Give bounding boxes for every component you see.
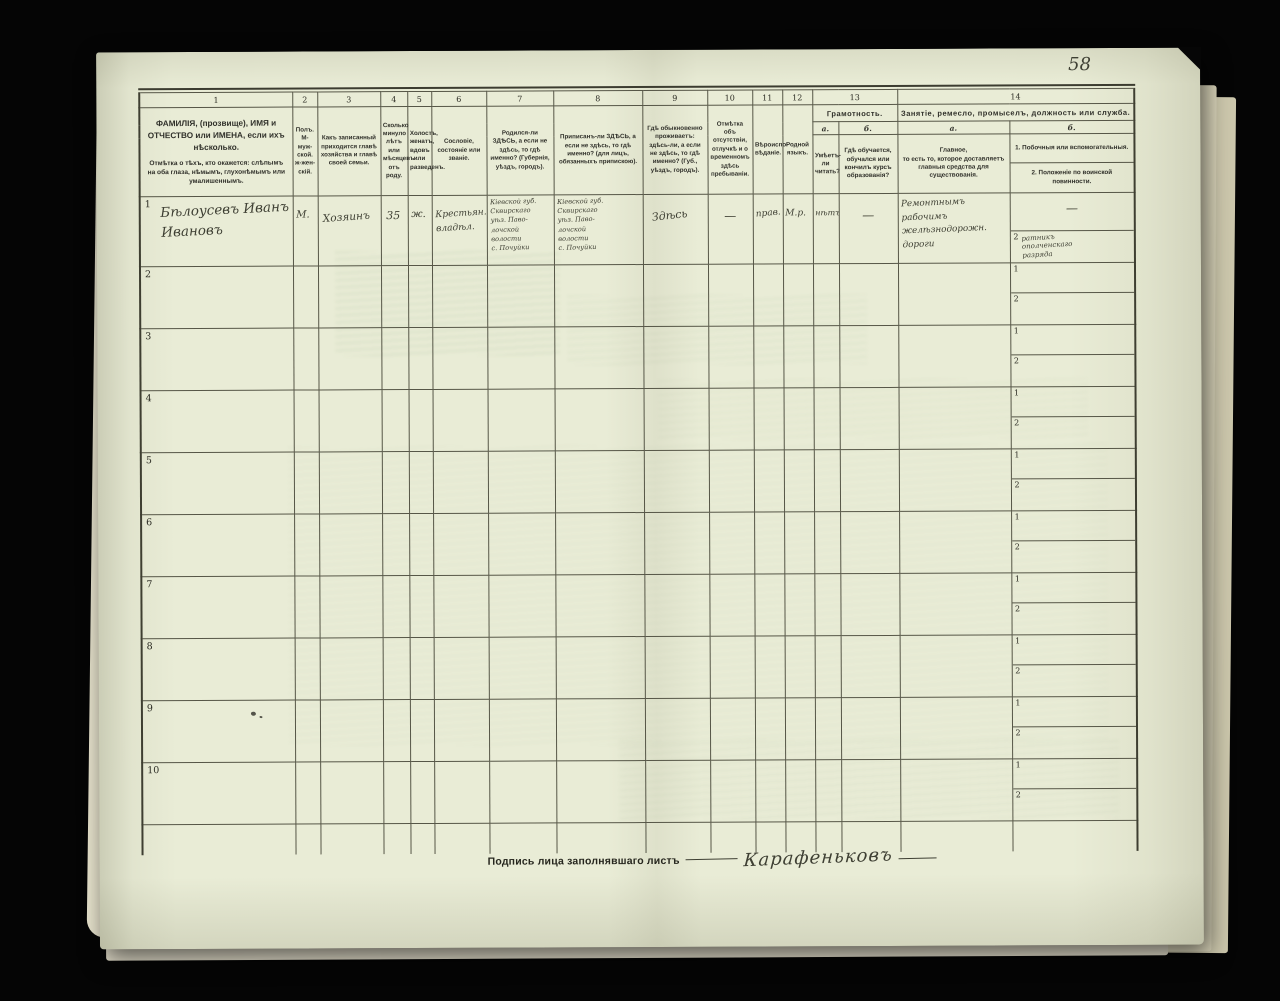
corner-fold [1177, 47, 1201, 71]
cell-language [783, 264, 813, 326]
cell-age [382, 390, 409, 452]
subcell: 1 [1012, 511, 1136, 542]
cell-name: 2 [140, 266, 293, 329]
cell-occupation-main: Ремонтнымъ рабочимъ желѣзнодорожн. дорог… [898, 193, 1010, 263]
subcell: 2 [1012, 665, 1136, 697]
cell-relation [319, 390, 382, 452]
cell-marital [409, 513, 433, 575]
cell-residence [643, 264, 708, 326]
cell-name: 10 [142, 762, 295, 825]
cell-religion [755, 698, 785, 760]
column-number: 13 [812, 89, 897, 104]
table-row: 212 [140, 262, 1135, 328]
cell-name: 1Бѣлоусевъ Иванъ Ивановъ [140, 196, 293, 267]
cell-relation [319, 452, 382, 514]
cell-estate [434, 699, 489, 761]
cell-sex [295, 700, 320, 762]
header-col-registration: Приписанъ-ли ЗДѢСЬ, а если не здѣсь, то … [553, 106, 642, 195]
subcell: 1 [1012, 697, 1136, 728]
tail-cell [1012, 820, 1137, 851]
header-group-literacy: Грамотность. [812, 104, 897, 121]
header-col-estate: Сословіе, состояніе или званіе. [431, 106, 486, 195]
header-col-sex: Полъ. М-муж- ской. ж-жен- скій. [292, 107, 317, 196]
cell-name: 3 [140, 328, 293, 391]
handwritten-entry: М.р. [785, 208, 806, 218]
subcell: — [1010, 201, 1134, 232]
row-number: 5 [146, 455, 152, 466]
subcell: 2 [1011, 293, 1135, 325]
column-number: 9 [642, 90, 707, 105]
cell-registration [554, 265, 643, 327]
tail-cell [410, 823, 434, 853]
header-surname-main: ФАМИЛІЯ, (прозвище), ИМЯ и ОТЧЕСТВО или … [146, 117, 286, 154]
cell-occupation-main [899, 511, 1011, 573]
cell-religion [754, 450, 784, 512]
cell-literacy-where [841, 635, 900, 697]
table-row: 512 [141, 448, 1136, 514]
cell-sex: М. [293, 196, 318, 266]
handwritten-entry: 35 [386, 209, 400, 222]
cell-occupation-secondary: 12 [1011, 448, 1136, 511]
subcell: 1 [1012, 573, 1136, 604]
cell-birthplace [488, 513, 555, 575]
cell-birthplace [489, 699, 556, 761]
cell-relation [320, 638, 383, 700]
handwritten-entry: ж. [411, 209, 426, 220]
handwritten-entry: Кіевской губ. Сквирскаго уѣз. Паво- лочс… [489, 197, 537, 254]
subcell-number: 1 [1015, 512, 1020, 521]
row-number: 6 [146, 517, 152, 528]
page-number: 58 [1068, 54, 1091, 75]
cell-literacy-reads [813, 326, 839, 388]
cell-name: 6 [141, 514, 294, 577]
cell-absence [710, 698, 755, 760]
table-row: 412 [141, 386, 1136, 452]
cell-sex [295, 762, 320, 824]
signature-handwritten: Карафеньковъ [743, 844, 894, 871]
header-occupation-side: 1. Побочныя или вспомогательныя. [1010, 134, 1134, 164]
cell-absence [709, 574, 754, 636]
header-literacy-where: Гдѣ обучается, обучался или кончилъ курс… [838, 134, 897, 193]
cell-residence [644, 388, 709, 450]
cell-literacy-where [839, 263, 898, 325]
column-number: 1 [139, 92, 292, 108]
cell-religion [754, 388, 784, 450]
subcell-number: 2 [1015, 542, 1020, 551]
cell-name: 8 [142, 638, 295, 701]
subcell: 2 [1011, 355, 1135, 387]
table-row: 312 [140, 324, 1135, 390]
cell-occupation-secondary: 12 [1012, 696, 1137, 759]
cell-language [783, 326, 813, 388]
cell-literacy-reads [815, 636, 841, 698]
photo-background: 58 1 2 3 4 5 6 [0, 0, 1280, 1001]
cell-literacy-where [840, 387, 899, 449]
cell-birthplace [487, 265, 554, 327]
cell-religion: прав. [753, 194, 783, 264]
header-col-marital: Холостъ, женатъ, вдовъ или разведенъ. [407, 106, 431, 195]
subcell: 1 [1011, 325, 1135, 356]
handwritten-entry: М. [296, 209, 309, 220]
cell-marital [410, 699, 434, 761]
cell-residence [644, 450, 709, 512]
cell-literacy-reads [814, 450, 840, 512]
cell-estate [434, 761, 489, 823]
subcell-number: 2 [1016, 728, 1021, 737]
subcell: 2 [1011, 479, 1135, 511]
cell-birthplace [489, 637, 556, 699]
cell-relation [318, 266, 381, 328]
table-header: 1 2 3 4 5 6 7 8 9 10 11 12 13 14 [139, 88, 1134, 196]
cell-age: 35 [381, 196, 408, 266]
row-number: 3 [145, 331, 151, 342]
handwritten-entry: Здѣсь [651, 207, 688, 224]
column-number: 2 [292, 92, 317, 107]
cell-marital [410, 637, 434, 699]
cell-occupation-secondary: 12 [1011, 572, 1136, 635]
cell-absence [709, 450, 754, 512]
subcell: 2 [1013, 727, 1137, 759]
cell-residence [644, 574, 709, 636]
column-number: 5 [407, 91, 431, 106]
header-col-age: Сколько минуло лѣтъ или мѣсяцевъ отъ род… [380, 107, 407, 196]
subcell: 2 [1012, 603, 1136, 635]
column-number: 4 [380, 92, 407, 107]
header-letter-b: б. [1009, 120, 1134, 134]
cell-occupation-main [900, 697, 1012, 759]
cell-residence [645, 760, 710, 822]
cell-registration [555, 575, 644, 637]
cell-occupation-secondary: 12 [1010, 262, 1135, 325]
header-col-surname: ФАМИЛІЯ, (прозвище), ИМЯ и ОТЧЕСТВО или … [139, 107, 292, 197]
cell-absence [710, 760, 755, 822]
row-number: 4 [146, 393, 152, 404]
cell-sex [293, 266, 318, 328]
cell-residence: Здѣсь [643, 194, 708, 264]
cell-birthplace [487, 327, 554, 389]
subcell-number: 2 [1016, 790, 1021, 799]
subcell-number: 2 [1013, 232, 1018, 241]
column-number: 3 [317, 92, 380, 107]
cell-registration [555, 389, 644, 451]
subcell-number: 2 [1014, 480, 1019, 489]
cell-relation: Хозяинъ [318, 196, 381, 266]
cell-age [383, 762, 410, 824]
cell-estate [434, 637, 489, 699]
handwritten-entry: — [1010, 201, 1134, 216]
subcell-number: 2 [1014, 356, 1019, 365]
header-letter-a: а. [812, 122, 838, 135]
header-military-status: 2. Положеніе по воинской повинности. [1010, 163, 1134, 193]
handwritten-entry: — [708, 209, 752, 223]
cell-sex [294, 452, 319, 514]
pen-stroke [899, 857, 937, 859]
cell-occupation-secondary: —2ратникъ ополченскаго разряда [1010, 192, 1135, 263]
cell-name: 4 [141, 390, 294, 453]
header-literacy-reads: Умѣетъ- ли читать? [812, 135, 838, 194]
subcell-number: 2 [1015, 604, 1020, 613]
header-col-residence: Гдѣ обыкновенно проживаетъ: здѣсь-ли, а … [642, 105, 707, 194]
cell-age [383, 700, 410, 762]
subcell: 2 [1012, 541, 1136, 573]
cell-religion [754, 512, 784, 574]
cell-age [383, 638, 410, 700]
header-col-absence: Отмѣтка объ отсутствіи, отлучкѣ и о врем… [707, 105, 752, 194]
cell-estate [433, 451, 488, 513]
table-row: 612 [141, 510, 1136, 576]
row-number: 2 [145, 269, 151, 280]
cell-registration [554, 327, 643, 389]
cell-age [381, 328, 408, 390]
cell-literacy-where [841, 697, 900, 759]
subcell: 1 [1013, 759, 1137, 790]
pen-stroke [686, 858, 738, 860]
cell-birthplace [489, 761, 556, 823]
handwritten-entry: прав. [755, 207, 781, 219]
cell-occupation-main [898, 263, 1010, 325]
cell-religion [754, 574, 784, 636]
cell-absence [709, 388, 754, 450]
census-table: 1 2 3 4 5 6 7 8 9 10 11 12 13 14 [138, 84, 1138, 855]
handwritten-entry: ратникъ ополченскаго разряда [1021, 232, 1073, 260]
cell-estate [432, 265, 487, 327]
cell-relation [319, 514, 382, 576]
subcell-number: 1 [1014, 388, 1019, 397]
cell-birthplace [488, 389, 555, 451]
cell-occupation-secondary: 12 [1010, 324, 1135, 387]
header-col-language: Родной языкъ. [782, 105, 812, 194]
cell-name: 5 [141, 452, 294, 515]
cell-estate [433, 575, 488, 637]
subcell: 1 [1010, 263, 1134, 294]
cell-language [785, 636, 815, 698]
table-body: 1Бѣлоусевъ Иванъ ИвановъМ.Хозяинъ35ж.Кре… [140, 192, 1138, 854]
handwritten-entry: — [839, 208, 897, 222]
cell-sex [293, 328, 318, 390]
handwritten-entry: Хозяинъ [322, 210, 370, 225]
column-number: 10 [707, 90, 752, 105]
cell-literacy-reads [814, 574, 840, 636]
cell-language: М.р. [783, 194, 813, 264]
cell-occupation-secondary: 12 [1011, 386, 1136, 449]
table-row: 812 [142, 634, 1137, 700]
cell-marital [408, 265, 432, 327]
signature-line: Подпись лица заполнявшаго листъ Карафень… [488, 847, 938, 870]
header-letter-a: а. [897, 121, 1009, 134]
handwritten-entry: Крестьян. владѣл. [435, 206, 487, 236]
cell-literacy-reads [813, 264, 839, 326]
cell-marital [409, 389, 433, 451]
cell-relation [318, 328, 381, 390]
signature-label: Подпись лица заполнявшаго листъ [488, 855, 680, 868]
cell-literacy-where: — [839, 193, 898, 263]
handwritten-entry: Бѣлоусевъ Иванъ Ивановъ [160, 197, 290, 244]
cell-occupation-secondary: 12 [1012, 634, 1137, 697]
header-occupation-main: Главное, то есть то, которое доставляетъ… [897, 134, 1009, 193]
table-row: 712 [141, 572, 1136, 638]
subcell: 2ратникъ ополченскаго разряда [1010, 231, 1134, 263]
cell-age [382, 514, 409, 576]
cell-residence [643, 326, 708, 388]
handwritten-entry: Ремонтнымъ рабочимъ желѣзнодорожн. дорог… [900, 195, 987, 253]
header-col-religion: Вѣроиспо- вѣданіе. [752, 105, 782, 194]
subcell-number: 1 [1015, 698, 1020, 707]
column-number: 8 [553, 91, 642, 106]
subcell-number: 1 [1014, 450, 1019, 459]
handwritten-entry: нѣтъ [815, 208, 839, 217]
cell-religion [753, 264, 783, 326]
tail-cell [434, 823, 489, 853]
header-letter-b: б. [838, 121, 897, 134]
cell-occupation-main [899, 449, 1011, 511]
cell-marital [409, 451, 433, 513]
cell-literacy-reads [814, 388, 840, 450]
subcell: 1 [1012, 635, 1136, 666]
column-number: 7 [486, 91, 553, 106]
row-number: 10 [147, 765, 159, 776]
cell-age [381, 266, 408, 328]
cell-registration [556, 637, 645, 699]
cell-birthplace: Кіевской губ. Сквирскаго уѣз. Паво- лочс… [487, 195, 554, 265]
row-number: 1 [145, 199, 151, 210]
cell-registration [555, 513, 644, 575]
header-group-occupation: Занятіе, ремесло, промыселъ, должность и… [897, 103, 1134, 121]
cell-registration [555, 451, 644, 513]
cell-sex [294, 576, 319, 638]
cell-religion [755, 760, 785, 822]
tail-cell [295, 824, 320, 854]
cell-age [382, 452, 409, 514]
cell-absence [710, 636, 755, 698]
cell-residence [644, 512, 709, 574]
cell-occupation-main [899, 573, 1011, 635]
header-occupation-secondary: 1. Побочныя или вспомогательныя. 2. Поло… [1009, 133, 1134, 193]
subcell-number: 2 [1014, 418, 1019, 427]
table-row: 1012 [142, 758, 1137, 824]
subcell: 2 [1013, 789, 1137, 821]
subcell-number: 1 [1015, 636, 1020, 645]
handwritten-entry: Кіевской губ. Сквирскаго уѣз. Паво- лочс… [556, 197, 604, 254]
cell-absence [708, 326, 753, 388]
cell-residence [645, 698, 710, 760]
cell-literacy-reads [814, 512, 840, 574]
census-sheet: 58 1 2 3 4 5 6 [96, 48, 1204, 950]
cell-occupation-secondary: 12 [1011, 510, 1136, 573]
tail-cell [320, 824, 383, 854]
cell-registration [556, 699, 645, 761]
cell-sex [295, 638, 320, 700]
cell-literacy-where [840, 449, 899, 511]
cell-language [784, 388, 814, 450]
cell-registration: Кіевской губ. Сквирскаго уѣз. Паво- лочс… [554, 195, 643, 265]
subcell-number: 2 [1015, 666, 1020, 675]
table-row: 1Бѣлоусевъ Иванъ ИвановъМ.Хозяинъ35ж.Кре… [140, 192, 1135, 266]
cell-language [785, 698, 815, 760]
cell-name: 7 [141, 576, 294, 639]
cell-birthplace [488, 575, 555, 637]
cell-absence: — [708, 194, 753, 264]
cell-relation [319, 576, 382, 638]
cell-occupation-main [898, 325, 1010, 387]
tail-cell [142, 824, 295, 855]
cell-absence [709, 512, 754, 574]
cell-marital [410, 761, 434, 823]
cell-marital [408, 327, 432, 389]
cell-occupation-secondary: 12 [1012, 758, 1137, 821]
subcell: 2 [1011, 417, 1135, 449]
column-number: 12 [782, 90, 812, 105]
cell-occupation-main [900, 759, 1012, 821]
column-number: 14 [897, 88, 1134, 104]
row-number: 8 [147, 641, 153, 652]
cell-religion [753, 326, 783, 388]
cell-occupation-main [899, 387, 1011, 449]
subcell-number: 1 [1013, 264, 1018, 273]
table-row: 912 [142, 696, 1137, 762]
row-number: 9 [147, 703, 153, 714]
row-number: 7 [146, 579, 152, 590]
cell-estate [432, 327, 487, 389]
cell-occupation-main [900, 635, 1012, 697]
cell-registration [556, 761, 645, 823]
cell-estate [433, 389, 488, 451]
cell-relation [320, 700, 383, 762]
cell-estate [433, 513, 488, 575]
cell-relation [320, 762, 383, 824]
subcell-number: 1 [1016, 760, 1021, 769]
header-col-birthplace: Родился-ли ЗДѢСЬ, а если не здѣсь, то гд… [486, 106, 553, 195]
cell-marital [409, 575, 433, 637]
cell-literacy-where [839, 325, 898, 387]
column-number: 6 [431, 91, 486, 106]
header-surname-note: Отмѣтка о тѣхъ, кто окажется: слѣпымъ на… [147, 158, 287, 186]
cell-language [784, 450, 814, 512]
cell-language [784, 512, 814, 574]
cell-literacy-where [840, 573, 899, 635]
cell-literacy-reads [815, 760, 841, 822]
cell-name: 9 [142, 700, 295, 763]
cell-language [784, 574, 814, 636]
cell-absence [708, 264, 753, 326]
cell-estate: Крестьян. владѣл. [432, 195, 487, 265]
subcell-number: 2 [1014, 294, 1019, 303]
cell-literacy-reads [815, 698, 841, 760]
cell-literacy-where [840, 511, 899, 573]
column-number: 11 [752, 90, 782, 105]
cell-literacy-where [841, 759, 900, 821]
cell-sex [294, 514, 319, 576]
subcell-number: 1 [1014, 326, 1019, 335]
cell-marital: ж. [408, 195, 432, 265]
header-col-relation: Какъ записанный приходится главѣ хозяйст… [317, 107, 380, 196]
cell-language [785, 760, 815, 822]
subcell: 1 [1011, 449, 1135, 480]
cell-birthplace [488, 451, 555, 513]
cell-residence [645, 636, 710, 698]
cell-sex [294, 390, 319, 452]
cell-age [382, 576, 409, 638]
subcell: 1 [1011, 387, 1135, 418]
subcell-number: 1 [1015, 574, 1020, 583]
cell-religion [755, 636, 785, 698]
cell-literacy-reads: нѣтъ [813, 194, 839, 264]
tail-cell [383, 824, 410, 854]
